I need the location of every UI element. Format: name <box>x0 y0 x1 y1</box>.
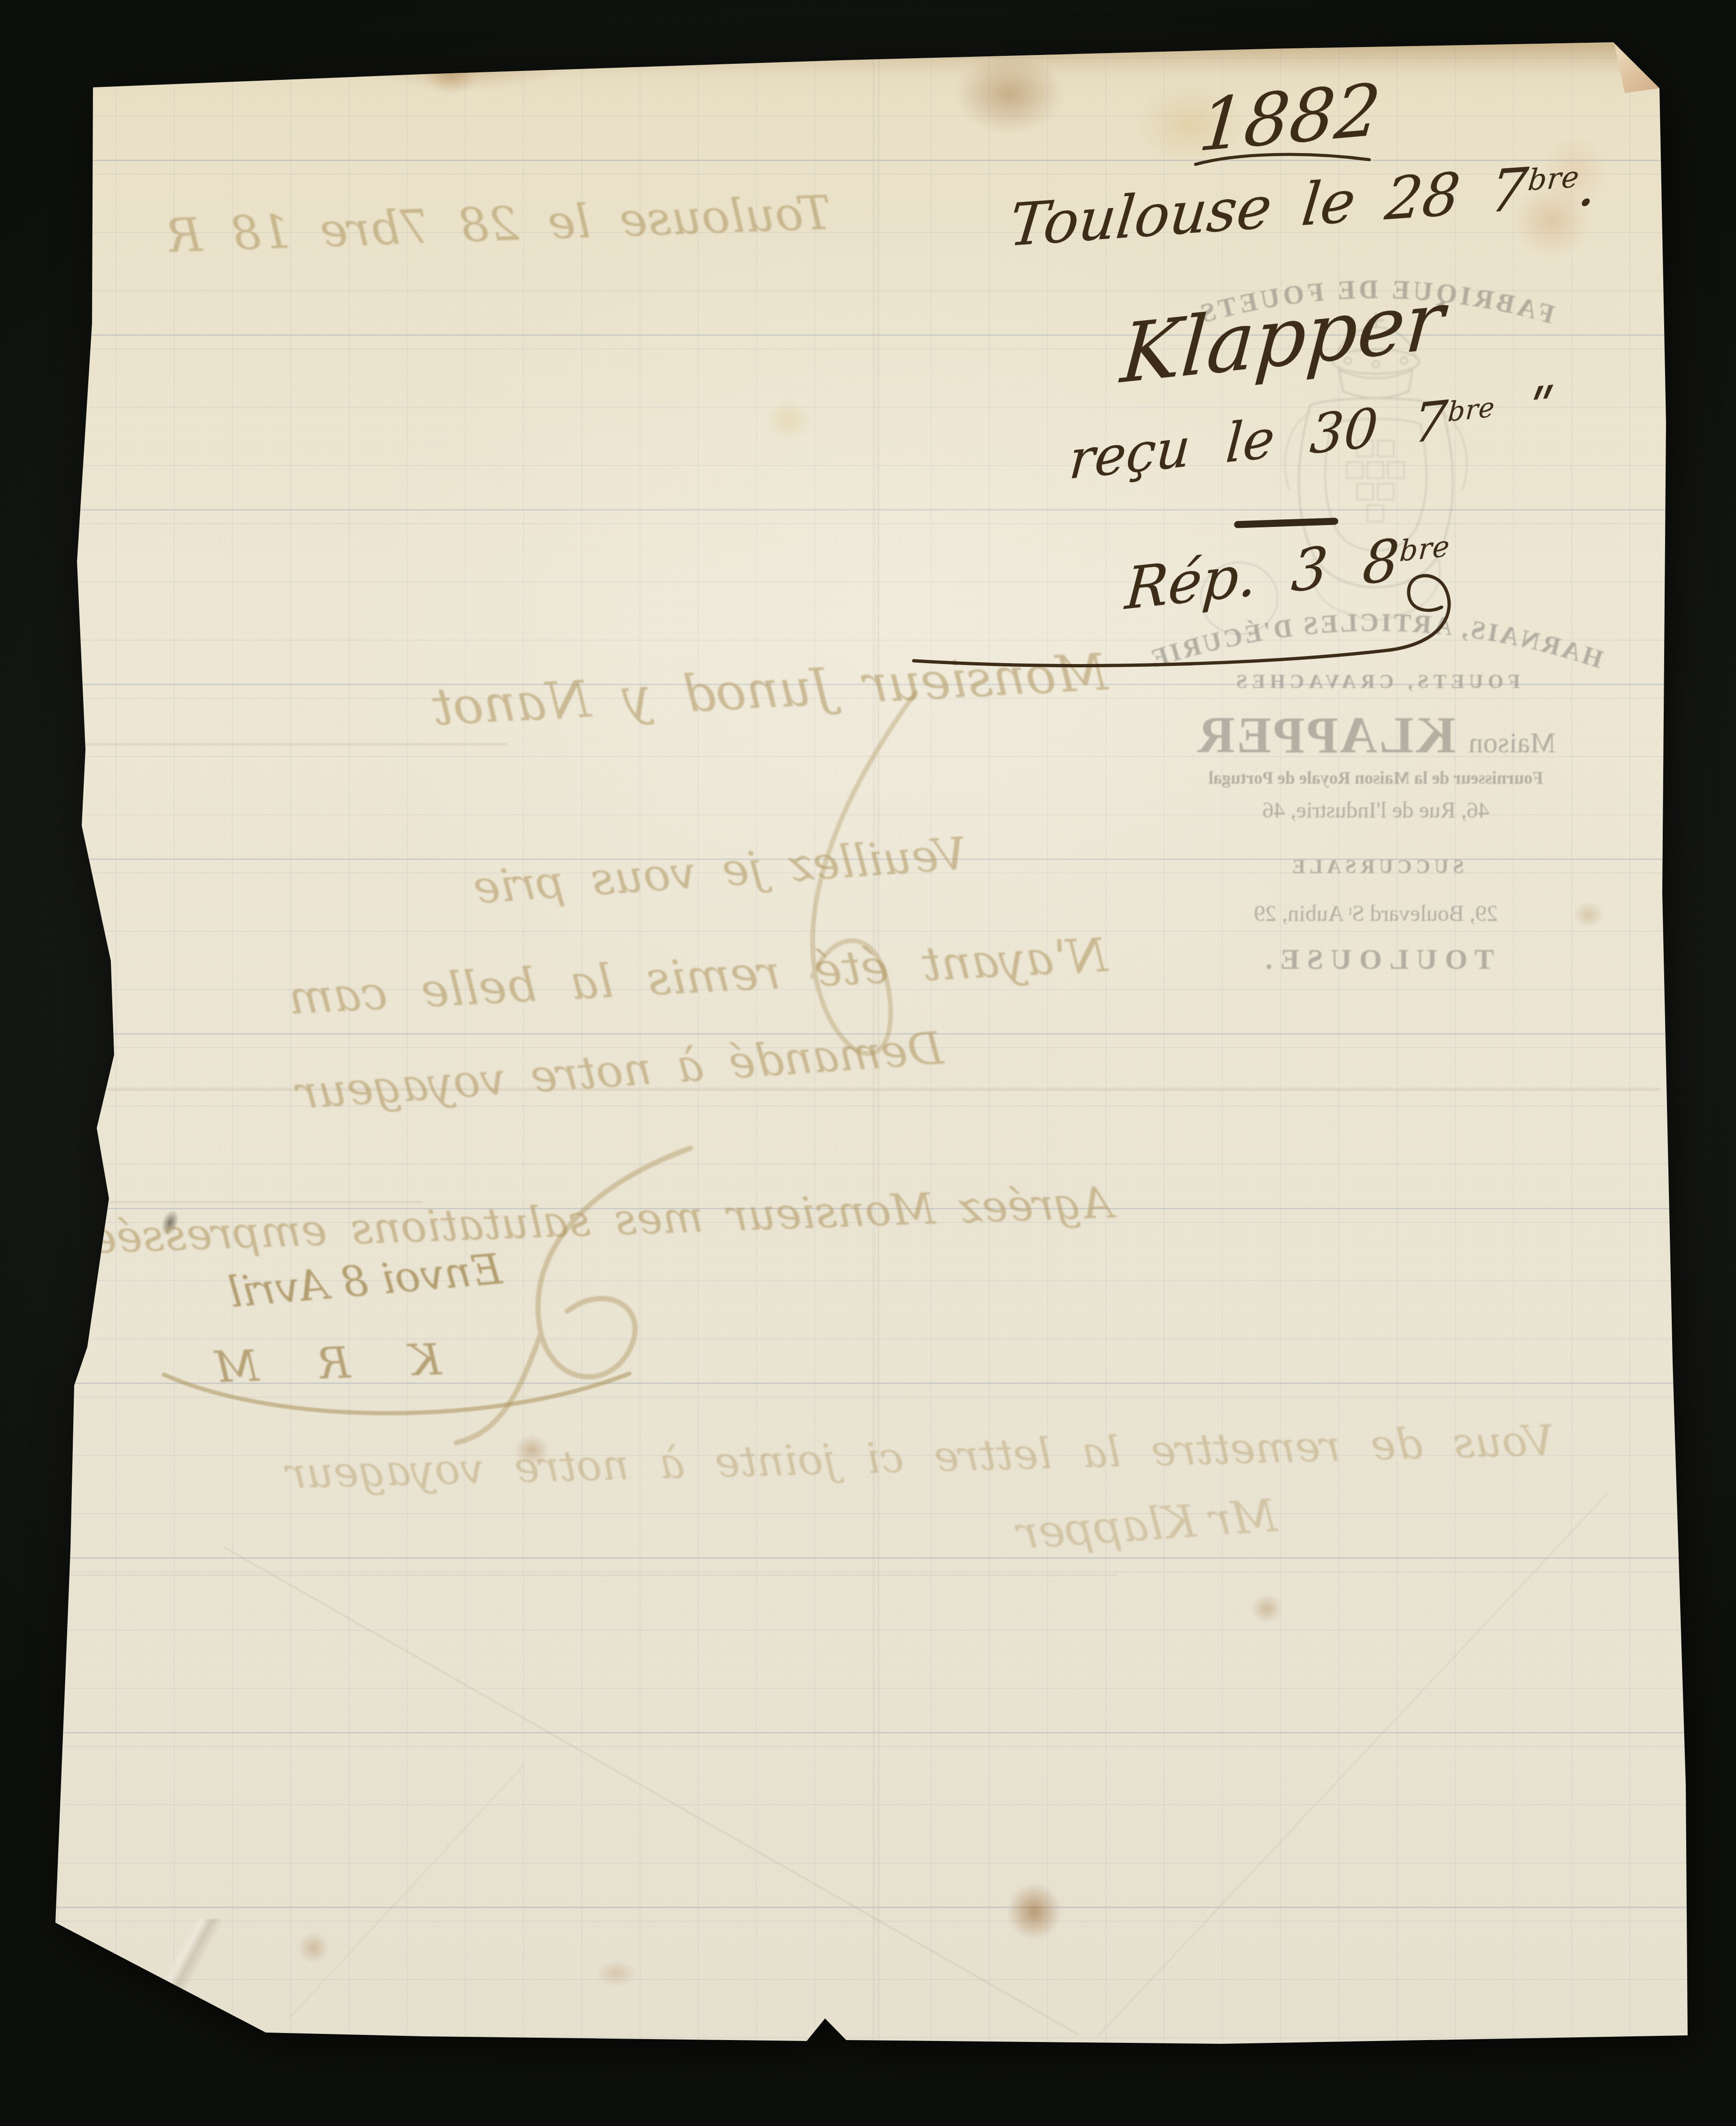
replied-underline-flourish <box>910 538 1478 679</box>
bleed-salutations-line: Agréez Monsieur mes salutations empressé… <box>93 1177 1113 1263</box>
stain-center-dot <box>1251 1594 1282 1623</box>
letterhead-boulevard: 29, Boulevard St Aubin, 29 <box>1127 901 1625 927</box>
letterhead-toulouse: TOULOUSE. <box>1127 943 1625 976</box>
stain-bottom-small-2 <box>596 1961 636 1987</box>
bleed-voyageur-line: Demandé à notre voyageur <box>304 1023 945 1119</box>
letterhead-maison-word: Maison <box>1469 727 1556 759</box>
bleed-krm-initials: K R M <box>206 1334 442 1392</box>
crease-diagonal-2 <box>1097 1492 1611 2038</box>
bleed-dateline-top-left: Toulouse le 28 7bre 18 R <box>135 185 832 264</box>
letterhead-maison-klapper: Maison KLAPPER <box>1127 705 1625 765</box>
bleed-signature-flourish <box>385 1127 723 1475</box>
crease-diagonal-3 <box>289 1764 526 2019</box>
crease-diagonal-1 <box>224 1545 1080 2036</box>
bleed-loop-flourish <box>733 681 934 1179</box>
letter-page: FABRIQUE DE FOUETS <box>0 0 1736 2126</box>
stain-klapper-left <box>765 399 812 441</box>
bleed-veuillez-line: Veuillez je vous prie <box>309 827 968 925</box>
letterhead-succursale: SUCCURSALE <box>1127 856 1625 878</box>
bleed-bottom-line: Vous de remettre la lettre ci jointe à n… <box>126 1416 1555 1503</box>
stain-bottom-large <box>1007 1883 1061 1940</box>
stain-top-2 <box>956 54 1064 134</box>
bleed-remis-line: N'ayant été remis la belle cam <box>112 928 1109 1035</box>
scan-mount: FABRIQUE DE FOUETS <box>0 0 1736 2126</box>
fold-bottom-left-corner <box>52 1919 296 2041</box>
letterhead-klapper-word: KLAPPER <box>1196 706 1456 764</box>
stain-top-1 <box>366 45 563 89</box>
paper-wrap: FABRIQUE DE FOUETS <box>0 0 1736 2126</box>
stain-top-3 <box>425 56 477 94</box>
stain-top-band <box>103 40 1643 75</box>
crease-horizontal-lower <box>61 1572 1118 1576</box>
letterhead-rue-industrie: 46, Rue de l'Industrie, 46 <box>1127 797 1625 823</box>
letterhead-fournisseur: Fournisseur de la Maison Royale de Portu… <box>1127 768 1625 789</box>
stain-bottom-small-1 <box>298 1933 329 1963</box>
bleed-bottom-signature: Mr Klapper <box>975 1490 1279 1562</box>
